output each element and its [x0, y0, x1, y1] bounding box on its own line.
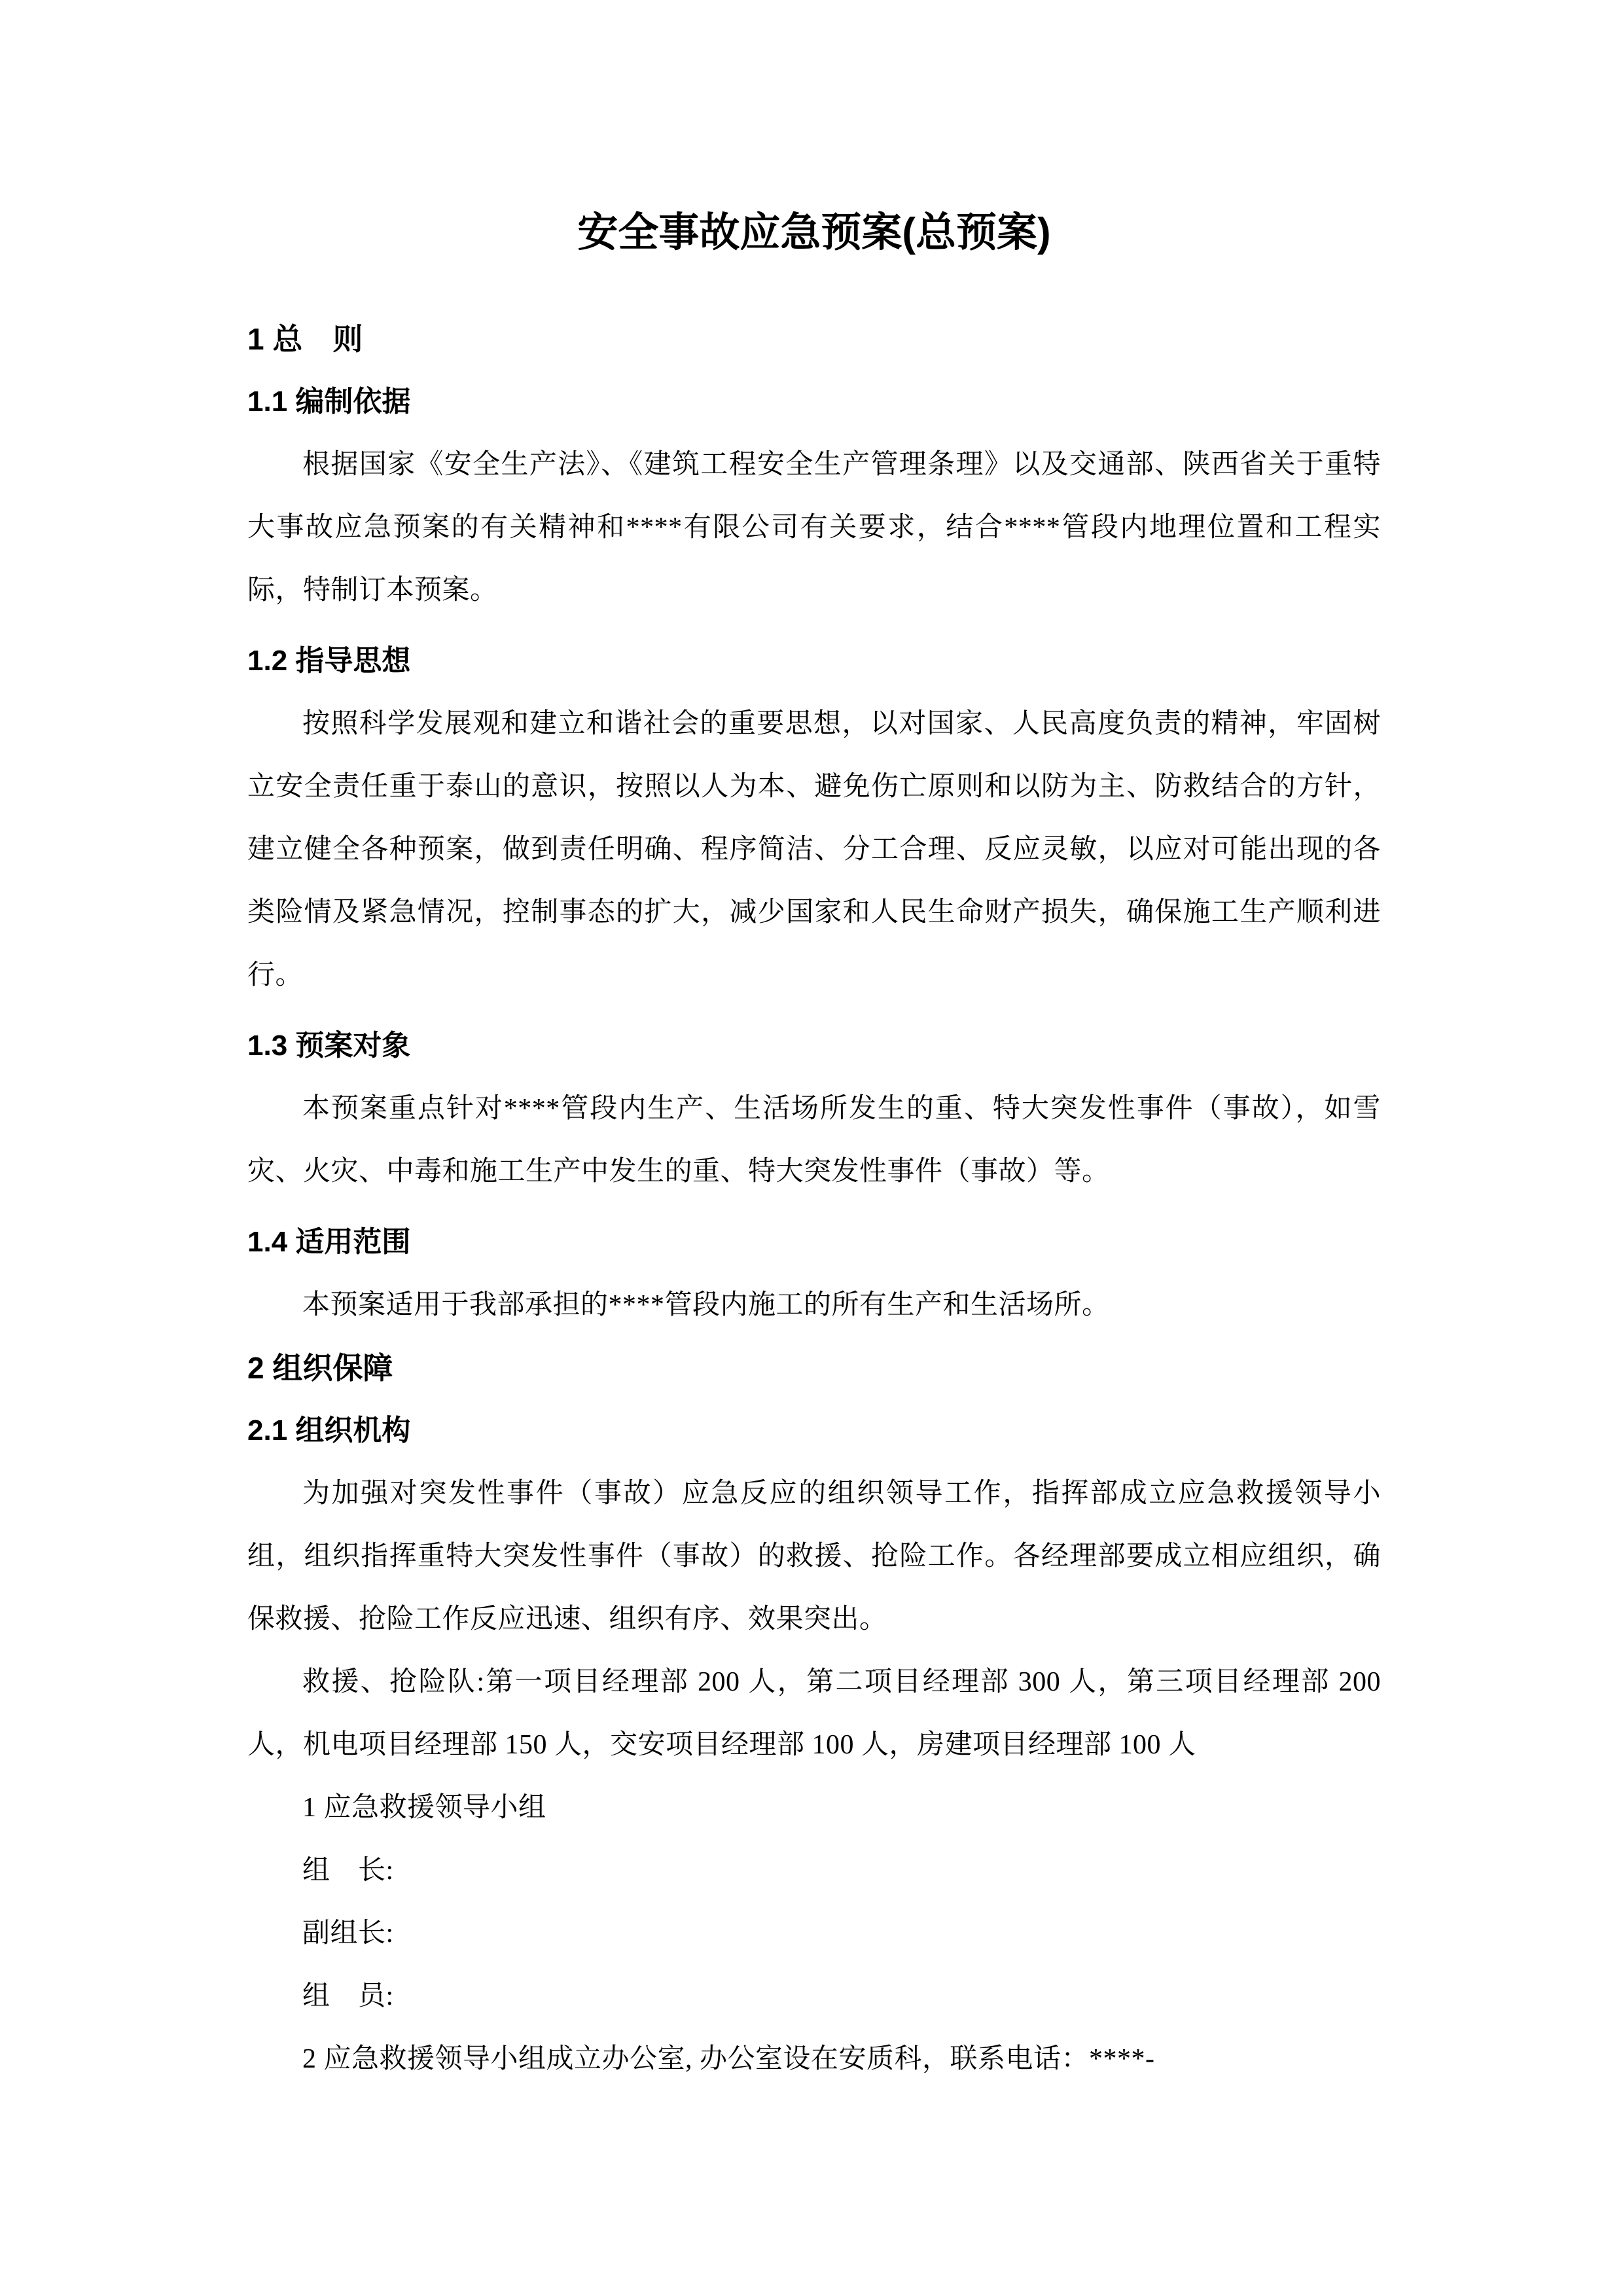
paragraph: 副组长: [247, 1902, 1381, 1965]
paragraph: 1 应急救援领导小组 [247, 1776, 1381, 1839]
subsection-heading: 1.2 指导思想 [247, 630, 1381, 692]
subsection-heading: 2.1 组织机构 [247, 1399, 1381, 1462]
paragraph: 本预案适用于我部承担的****管段内施工的所有生产和生活场所。 [247, 1274, 1381, 1336]
paragraph: 组 员: [247, 1965, 1381, 2028]
section-heading: 1 总 则 [247, 308, 1381, 370]
document-page: 安全事故应急预案(总预案) 1 总 则1.1 编制依据根据国家《安全生产法》、《… [0, 0, 1623, 2296]
paragraph: 为加强对突发性事件（事故）应急反应的组织领导工作，指挥部成立应急救援领导小组，组… [247, 1462, 1381, 1651]
paragraph: 根据国家《安全生产法》、《建筑工程安全生产管理条理》以及交通部、陕西省关于重特大… [247, 433, 1381, 622]
subsection-heading: 1.3 预案对象 [247, 1014, 1381, 1077]
document-body: 1 总 则1.1 编制依据根据国家《安全生产法》、《建筑工程安全生产管理条理》以… [247, 308, 1381, 2090]
paragraph: 本预案重点针对****管段内生产、生活场所发生的重、特大突发性事件（事故），如雪… [247, 1077, 1381, 1203]
subsection-heading: 1.1 编制依据 [247, 370, 1381, 433]
paragraph: 2 应急救援领导小组成立办公室, 办公室设在安质科，联系电话：****- [247, 2028, 1381, 2090]
section-heading: 2 组织保障 [247, 1336, 1381, 1399]
document-content: 安全事故应急预案(总预案) 1 总 则1.1 编制依据根据国家《安全生产法》、《… [0, 207, 1623, 2090]
paragraph: 按照科学发展观和建立和谐社会的重要思想，以对国家、人民高度负责的精神，牢固树立安… [247, 692, 1381, 1007]
subsection-heading: 1.4 适用范围 [247, 1211, 1381, 1274]
paragraph: 救援、抢险队:第一项目经理部 200 人，第二项目经理部 300 人，第三项目经… [247, 1651, 1381, 1776]
page-title: 安全事故应急预案(总预案) [247, 207, 1381, 259]
paragraph: 组 长: [247, 1839, 1381, 1902]
